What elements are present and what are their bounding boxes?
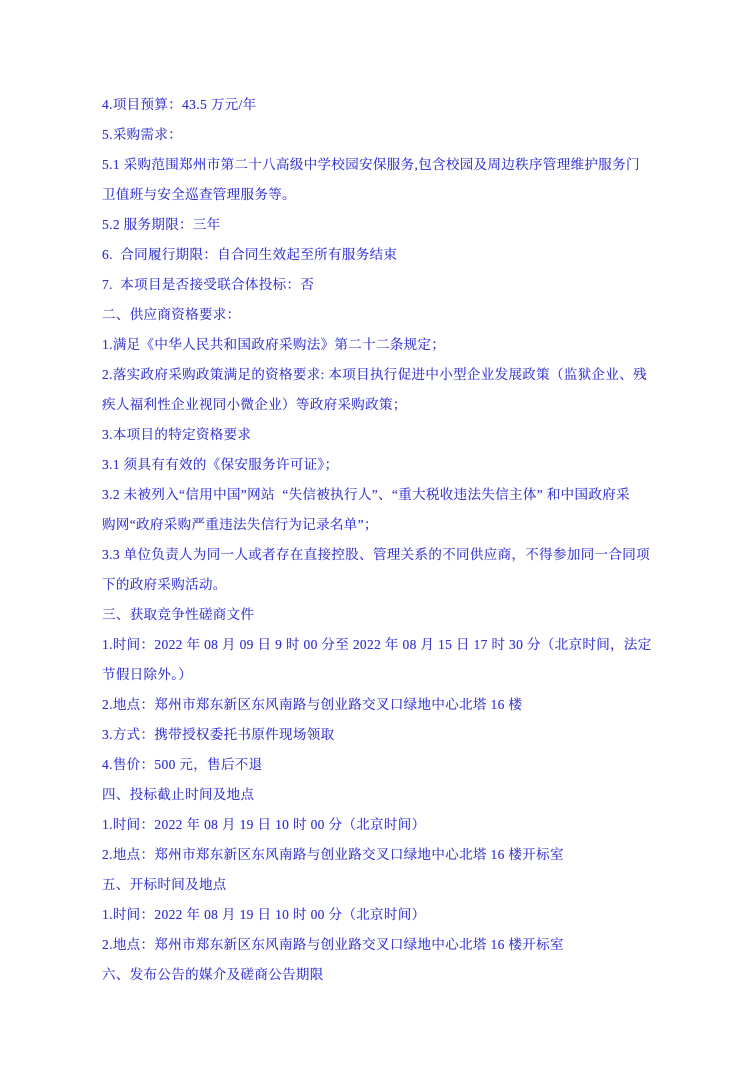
text-line: 购网“政府采购严重违法失信行为记录名单”； — [102, 510, 650, 540]
section-heading: 六、发布公告的媒介及磋商公告期限 — [102, 960, 650, 990]
text-line: 3.2 未被列入“信用中国”网站 “失信被执行人”、“重大税收违法失信主体” 和… — [102, 480, 650, 510]
text-line: 4.售价：500 元，售后不退 — [102, 750, 650, 780]
text-line: 1.满足《中华人民共和国政府采购法》第二十二条规定； — [102, 330, 650, 360]
text-line: 2.地点：郑州市郑东新区东风南路与创业路交叉口绿地中心北塔 16 楼开标室 — [102, 930, 650, 960]
text-line: 5.2 服务期限：三年 — [102, 210, 650, 240]
text-line: 7. 本项目是否接受联合体投标：否 — [102, 270, 650, 300]
text-line: 3.1 须具有有效的《保安服务许可证》； — [102, 450, 650, 480]
section-heading: 三、获取竞争性磋商文件 — [102, 600, 650, 630]
document-page: 4.项目预算：43.5 万元/年5.采购需求：5.1 采购范围郑州市第二十八高级… — [0, 0, 746, 1069]
text-line: 3.本项目的特定资格要求 — [102, 420, 650, 450]
text-line: 3.方式：携带授权委托书原件现场领取 — [102, 720, 650, 750]
text-line: 2.落实政府采购政策满足的资格要求: 本项目执行促进中小型企业发展政策（监狱企业… — [102, 360, 650, 390]
text-line: 2.地点：郑州市郑东新区东风南路与创业路交叉口绿地中心北塔 16 楼开标室 — [102, 840, 650, 870]
text-line: 卫值班与安全巡查管理服务等。 — [102, 180, 650, 210]
text-line: 1.时间：2022 年 08 月 09 日 9 时 00 分至 2022 年 0… — [102, 630, 650, 660]
document-body: 4.项目预算：43.5 万元/年5.采购需求：5.1 采购范围郑州市第二十八高级… — [102, 90, 650, 990]
text-line: 6. 合同履行期限：自合同生效起至所有服务结束 — [102, 240, 650, 270]
text-line: 5.采购需求： — [102, 120, 650, 150]
text-line: 疾人福利性企业视同小微企业）等政府采购政策； — [102, 390, 650, 420]
text-line: 3.3 单位负责人为同一人或者存在直接控股、管理关系的不同供应商，不得参加同一合… — [102, 540, 650, 570]
text-line: 下的政府采购活动。 — [102, 570, 650, 600]
text-line: 5.1 采购范围郑州市第二十八高级中学校园安保服务,包含校园及周边秩序管理维护服… — [102, 150, 650, 180]
text-line: 1.时间：2022 年 08 月 19 日 10 时 00 分（北京时间） — [102, 810, 650, 840]
section-heading: 五、开标时间及地点 — [102, 870, 650, 900]
text-line: 2.地点：郑州市郑东新区东风南路与创业路交叉口绿地中心北塔 16 楼 — [102, 690, 650, 720]
text-line: 4.项目预算：43.5 万元/年 — [102, 90, 650, 120]
text-line: 1.时间：2022 年 08 月 19 日 10 时 00 分（北京时间） — [102, 900, 650, 930]
section-heading: 四、投标截止时间及地点 — [102, 780, 650, 810]
text-line: 节假日除外。） — [102, 660, 650, 690]
section-heading: 二、供应商资格要求： — [102, 300, 650, 330]
